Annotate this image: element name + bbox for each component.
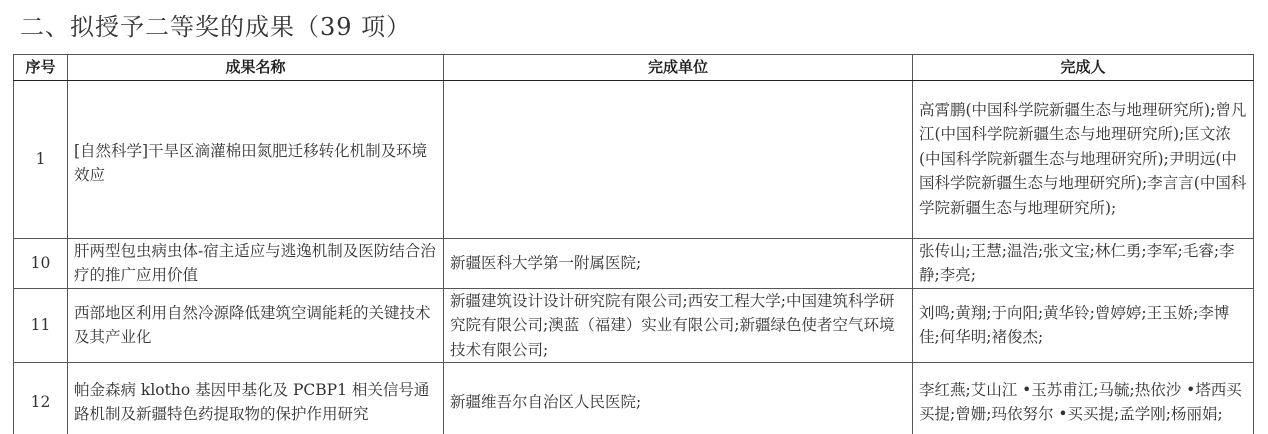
table-row: 1 [自然科学]干旱区滴灌棉田氮肥迁移转化机制及环境效应 高霄鹏(中国科学院新疆… (14, 80, 1254, 238)
table-header-row: 序号 成果名称 完成单位 完成人 (14, 55, 1254, 81)
section-title: 二、拟授予二等奖的成果（39 项） (20, 10, 411, 44)
table-row: 10 肝两型包虫病虫体-宿主适应与逃逸机制及医防结合治疗的推广应用价值 新疆医科… (14, 238, 1254, 288)
cell-index: 1 (14, 80, 68, 238)
cell-index: 11 (14, 288, 68, 363)
table-row: 12 帕金森病 klotho 基因甲基化及 PCBP1 相关信号通路机制及新疆特… (14, 363, 1254, 434)
cell-unit: 新疆维吾尔自治区人民医院; (444, 363, 913, 434)
cell-index: 12 (14, 363, 68, 434)
table-row: 11 西部地区利用自然冷源降低建筑空调能耗的关键技术及其产业化 新疆建筑设计设计… (14, 288, 1254, 363)
cell-name: 西部地区利用自然冷源降低建筑空调能耗的关键技术及其产业化 (68, 288, 444, 363)
cell-name: 肝两型包虫病虫体-宿主适应与逃逸机制及医防结合治疗的推广应用价值 (68, 238, 444, 288)
cell-index: 10 (14, 238, 68, 288)
header-name: 成果名称 (68, 55, 444, 81)
cell-people: 张传山;王慧;温浩;张文宝;林仁勇;李军;毛睿;李静;李亮; (913, 238, 1254, 288)
awards-table: 序号 成果名称 完成单位 完成人 1 [自然科学]干旱区滴灌棉田氮肥迁移转化机制… (13, 54, 1254, 434)
cell-unit (444, 80, 913, 238)
header-people: 完成人 (913, 55, 1254, 81)
cell-people: 高霄鹏(中国科学院新疆生态与地理研究所);曾凡江(中国科学院新疆生态与地理研究所… (913, 80, 1254, 238)
cell-name: [自然科学]干旱区滴灌棉田氮肥迁移转化机制及环境效应 (68, 80, 444, 238)
cell-people: 李红燕;艾山江 •玉苏甫江;马毓;热依沙 •塔西买买提;曾姗;玛依努尔 •买买提… (913, 363, 1254, 434)
header-index: 序号 (14, 55, 68, 81)
cell-unit: 新疆建筑设计设计研究院有限公司;西安工程大学;中国建筑科学研究院有限公司;澳蓝（… (444, 288, 913, 363)
header-unit: 完成单位 (444, 55, 913, 81)
cell-people: 刘鸣;黄翔;于向阳;黄华铃;曾婷婷;王玉娇;李博佳;何华明;褚俊杰; (913, 288, 1254, 363)
cell-unit: 新疆医科大学第一附属医院; (444, 238, 913, 288)
cell-name: 帕金森病 klotho 基因甲基化及 PCBP1 相关信号通路机制及新疆特色药提… (68, 363, 444, 434)
